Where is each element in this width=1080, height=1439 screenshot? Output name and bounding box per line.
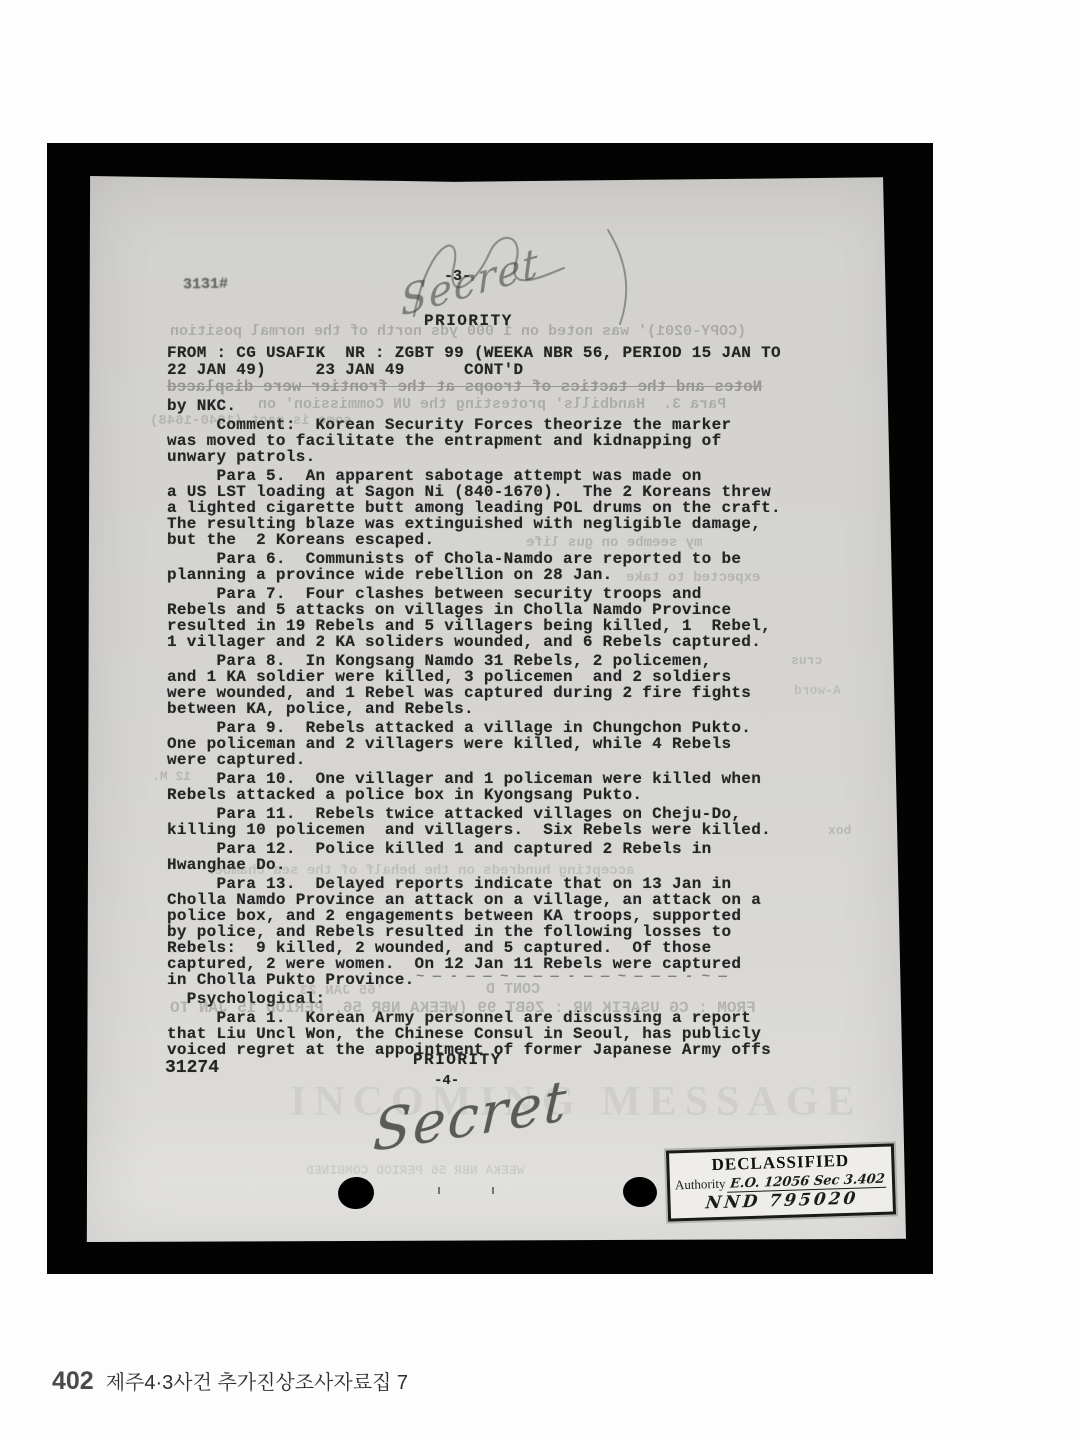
priority-label-bottom: PRIORITY [413, 1051, 502, 1069]
typed-line: Rebels attacked a police box in Kyongsan… [167, 787, 835, 803]
typed-line: Para 6. Communists of Chola-Namdo are re… [167, 551, 835, 567]
document-body-text: by NKC. Comment: Korean Security Forces … [167, 398, 835, 1058]
book-page-number: 402 [52, 1367, 94, 1396]
typed-line: that Liu Uncl Won, the Chinese Consul in… [167, 1026, 835, 1042]
typed-line: FROM : CG USAFIK NR : ZGBT 99 (WEEKA NBR… [167, 345, 781, 362]
typed-line: but the 2 Koreans escaped. [167, 532, 835, 548]
small-mark [438, 1187, 440, 1194]
typed-line: were wounded, and 1 Rebel was captured d… [167, 685, 835, 701]
typed-line: a lighted cigarette butt among leading P… [167, 500, 835, 516]
typed-line: 1 villager and 2 KA soliders wounded, an… [167, 634, 835, 650]
stamp-authority-label: Authority [675, 1176, 726, 1193]
typed-line: planning a province wide rebellion on 28… [167, 567, 835, 583]
message-header: FROM : CG USAFIK NR : ZGBT 99 (WEEKA NBR… [167, 345, 781, 379]
typed-line: Para 9. Rebels attacked a village in Chu… [167, 720, 835, 736]
typed-line: Para 8. In Kongsang Namdo 31 Rebels, 2 p… [167, 653, 835, 669]
typed-line: Hwanghae Do. [167, 857, 835, 873]
book-title: 제주4·3사건 추가진상조사자료집 7 [106, 1366, 408, 1395]
reference-number-bottom: 31274 [165, 1058, 219, 1078]
typed-line: unwary patrols. [167, 449, 835, 465]
bleedthrough-stamp-ghost: INCOMING MESSAGE [290, 1078, 863, 1126]
typed-line: captured, 2 were women. On 12 Jan 11 Reb… [167, 956, 835, 972]
typed-line: were captured. [167, 752, 835, 768]
typed-line: between KA, police, and Rebels. [167, 701, 835, 717]
typed-line: resulted in 19 Rebels and 5 villagers be… [167, 618, 835, 634]
typed-line: 22 JAN 49) 23 JAN 49 CONT'D [167, 362, 781, 379]
book-page: 3131# -3- Secret PRIORITY FROM : CG USAF… [0, 0, 1080, 1439]
typed-line: Para 11. Rebels twice attacked villages … [167, 806, 835, 822]
typed-line: Para 1. Korean Army personnel are discus… [167, 1010, 835, 1026]
typed-line: by police, and Rebels resulted in the fo… [167, 924, 835, 940]
punch-hole-right [621, 1175, 659, 1209]
priority-label-top: PRIORITY [424, 312, 513, 330]
reference-number-top: 3131# [183, 276, 228, 294]
typed-line: Para 12. Police killed 1 and captured 2 … [167, 841, 835, 857]
declassified-stamp: DECLASSIFIED AuthorityE.O. 12056 Sec 3.4… [666, 1143, 896, 1221]
typed-line: Para 10. One villager and 1 policeman we… [167, 771, 835, 787]
typed-line: Para 5. An apparent sabotage attempt was… [167, 468, 835, 484]
typed-line: Rebels: 9 killed, 2 wounded, and 5 captu… [167, 940, 835, 956]
typed-line: in Cholla Pukto Province. [167, 972, 835, 988]
stamp-nnd-number: NND 795020 [704, 1189, 859, 1214]
punch-hole-left [336, 1175, 375, 1211]
typed-line: by NKC. [167, 398, 835, 414]
typed-line: One policeman and 2 villagers were kille… [167, 736, 835, 752]
typed-line: Rebels and 5 attacks on villages in Chol… [167, 602, 835, 618]
typed-line: a US LST loading at Sagon Ni (840-1670).… [167, 484, 835, 500]
bleedthrough-ghost-text: Notes and the tactics of troops at the f… [167, 379, 762, 395]
typed-line: Para 13. Delayed reports indicate that o… [167, 876, 835, 892]
typed-line: was moved to facilitate the entrapment a… [167, 433, 835, 449]
typed-line: Psychological: [167, 991, 835, 1007]
small-mark [492, 1187, 494, 1194]
book-caption: 402 제주4·3사건 추가진상조사자료집 7 [52, 1366, 408, 1396]
scanned-document: 3131# -3- Secret PRIORITY FROM : CG USAF… [47, 143, 933, 1274]
bleedthrough-ghost-text: WEEKA NBR 56 PERIOD COMBINED [306, 1164, 524, 1177]
typed-line: killing 10 policemen and villagers. Six … [167, 822, 835, 838]
typed-line: Cholla Namdo Province an attack on a vil… [167, 892, 835, 908]
typed-line: Para 7. Four clashes between security tr… [167, 586, 835, 602]
typed-line: Comment: Korean Security Forces theorize… [167, 417, 835, 433]
typed-line: and 1 KA soldier were killed, 3 policeme… [167, 669, 835, 685]
document-paper: 3131# -3- Secret PRIORITY FROM : CG USAF… [86, 176, 906, 1242]
typed-line: police box, and 2 engagements between KA… [167, 908, 835, 924]
typed-line: The resulting blaze was extinguished wit… [167, 516, 835, 532]
